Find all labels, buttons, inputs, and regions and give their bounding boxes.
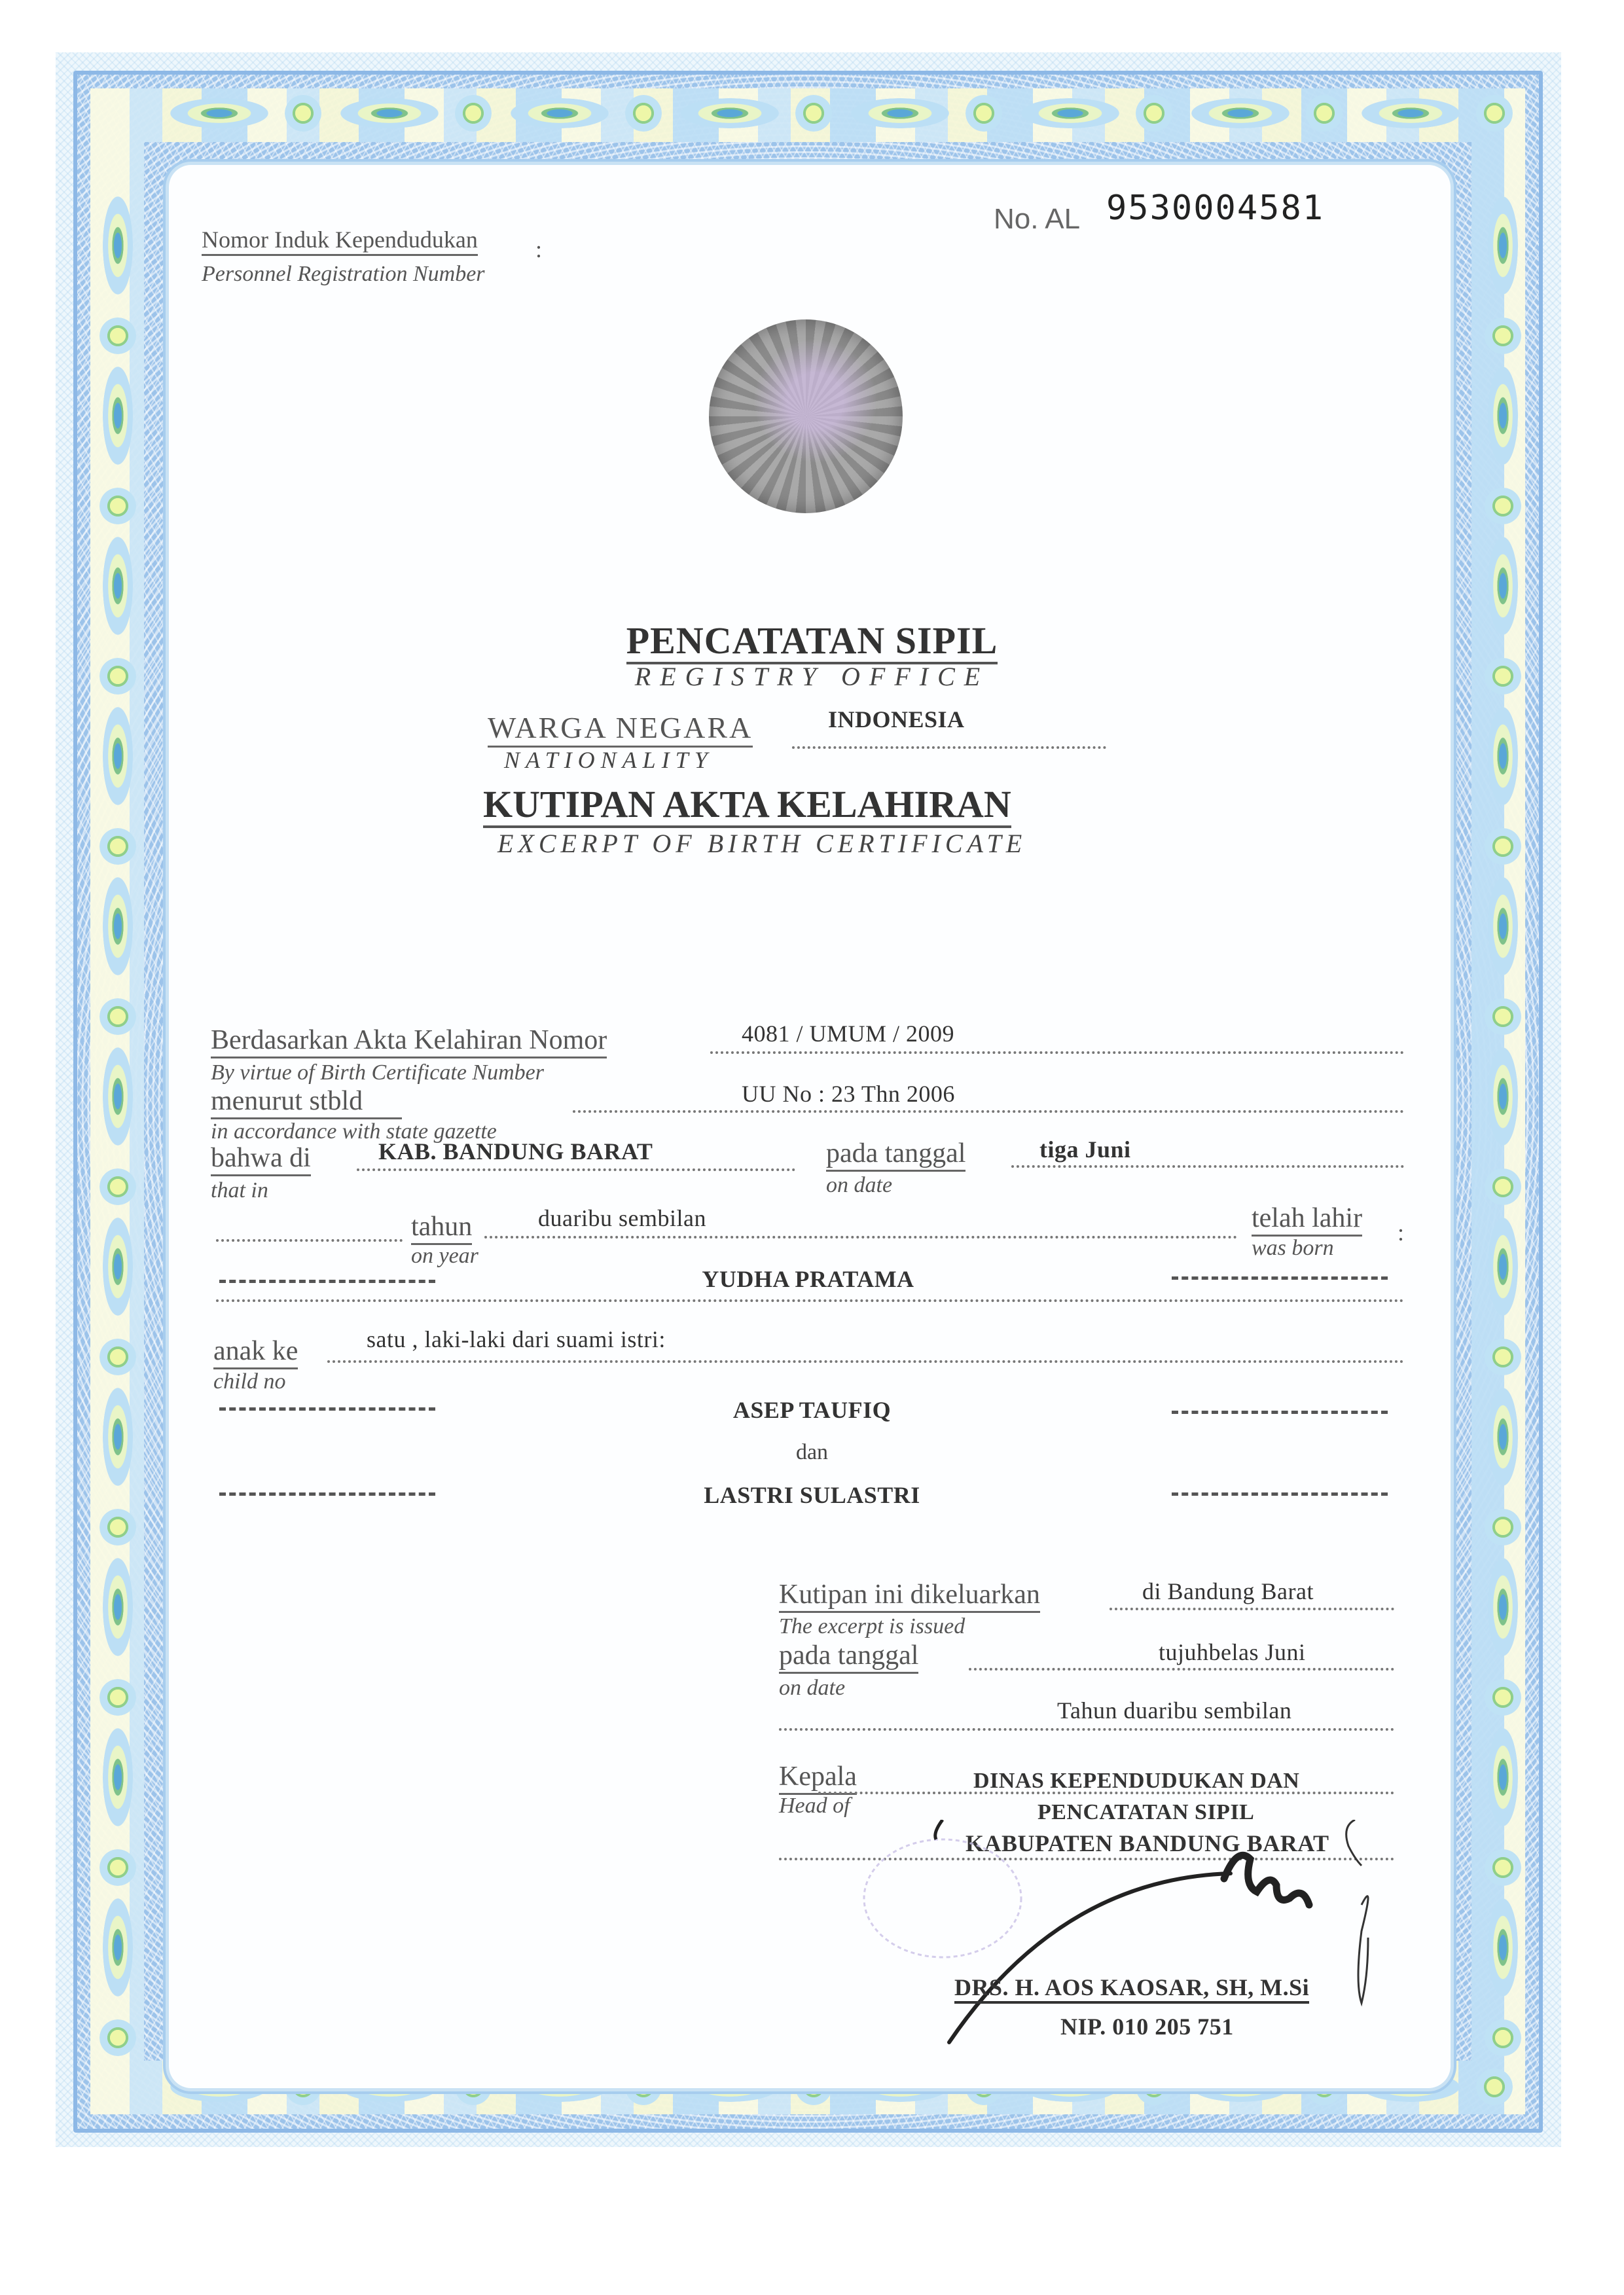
place-dotline: [357, 1168, 795, 1171]
child-no-value: satu , laki-laki dari suami istri:: [367, 1326, 666, 1353]
birth-year-label: tahun: [411, 1211, 472, 1242]
document-title-text: KUTIPAN AKTA KELAHIRAN: [483, 783, 1011, 828]
ornament-dot-icon: [1476, 95, 1513, 132]
ornament-dot-icon: [99, 2019, 136, 2056]
issued-date-sublabel: on date: [779, 1676, 845, 1701]
conjunction: dan: [0, 1440, 1624, 1465]
head-label-text: Kepala: [779, 1762, 857, 1795]
ornament-dot-icon: [1136, 95, 1172, 132]
ornament-eye-icon: [1488, 1047, 1518, 1146]
ornament-dot-icon: [99, 488, 136, 524]
stbld-label: menurut stbld: [211, 1085, 402, 1117]
document-subtitle: EXCERPT OF BIRTH CERTIFICATE: [497, 828, 1026, 859]
born-colon: :: [1398, 1219, 1404, 1246]
nationality-label: WARGA NEGARA: [488, 710, 753, 745]
ornament-dot-icon: [1485, 1168, 1521, 1205]
nik-colon: :: [535, 236, 542, 263]
ornament-eye-icon: [1488, 707, 1518, 805]
office-title: PENCATATAN SIPIL: [0, 619, 1624, 662]
ornament-eye-icon: [103, 1728, 133, 1826]
ornament-dot-icon: [99, 828, 136, 865]
nationality-sublabel: NATIONALITY: [504, 746, 713, 774]
office-title-text: PENCATATAN SIPIL: [626, 619, 998, 664]
issued-date-value: tujuhbelas Juni: [1159, 1638, 1305, 1666]
child-no-label-text: anak ke: [213, 1336, 298, 1369]
child-name-dotline: [216, 1299, 1404, 1302]
nik-sublabel: Personnel Registration Number: [202, 262, 485, 287]
ornament-dot-icon: [285, 95, 321, 132]
ornament-eye-icon: [103, 367, 133, 465]
head-sublabel: Head of: [779, 1794, 850, 1818]
stbld-label-text: menurut stbld: [211, 1086, 402, 1119]
official-name: DRS. H. AOS KAOSAR, SH, M.Si: [954, 1974, 1309, 2004]
certificate-no-label-text: Berdasarkan Akta Kelahiran Nomor: [211, 1025, 607, 1058]
ornament-eye-icon: [681, 98, 779, 128]
birth-date-dotline: [1011, 1165, 1404, 1168]
nationality-label-text: WARGA NEGARA: [488, 711, 753, 748]
certificate-no-sublabel: By virtue of Birth Certificate Number: [211, 1060, 544, 1085]
issued-date-dotline: [969, 1668, 1394, 1671]
issued-date-label: pada tanggal: [779, 1640, 918, 1671]
ornament-eye-icon: [1021, 98, 1119, 128]
issued-year-value: Tahun duaribu sembilan: [1057, 1697, 1291, 1724]
ornament-dot-icon: [1485, 828, 1521, 865]
ornament-dot-icon: [1485, 2019, 1521, 2056]
stbld-dotline: [573, 1110, 1404, 1113]
issued-sublabel: The excerpt is issued: [779, 1614, 965, 1639]
ornament-dot-icon: [99, 998, 136, 1035]
ornament-eye-icon: [1488, 196, 1518, 295]
father-dash-right: [1172, 1411, 1388, 1414]
ornament-eye-icon: [1362, 98, 1460, 128]
year-leading-dotline: [216, 1239, 403, 1242]
office-subtitle: REGISTRY OFFICE: [0, 661, 1624, 692]
ornament-dot-icon: [1485, 998, 1521, 1035]
birth-date-sublabel: on date: [826, 1173, 892, 1198]
ornament-dot-icon: [1485, 317, 1521, 354]
certificate-no-label: Berdasarkan Akta Kelahiran Nomor: [211, 1024, 607, 1056]
ornament-eye-icon: [1488, 367, 1518, 465]
ornament-eye-icon: [851, 98, 949, 128]
ornament-eye-icon: [103, 1558, 133, 1656]
ornament-eye-icon: [1488, 1898, 1518, 1997]
ornament-dot-icon: [99, 1509, 136, 1545]
ornament-dot-icon: [99, 1168, 136, 1205]
stbld-value: UU No : 23 Thn 2006: [742, 1080, 955, 1108]
ornament-dot-icon: [625, 95, 662, 132]
birth-year-label-text: tahun: [411, 1212, 472, 1245]
birth-date-value: tiga Juni: [1039, 1136, 1131, 1163]
head-label: Kepala: [779, 1761, 857, 1792]
certificate-no-value: 4081 / UMUM / 2009: [742, 1020, 954, 1047]
birth-year-dotline: [484, 1236, 1237, 1238]
ornament-dot-icon: [1485, 1509, 1521, 1545]
child-no-sublabel: child no: [213, 1369, 285, 1394]
child-no-label: anak ke: [213, 1335, 298, 1367]
ornament-dot-icon: [1306, 95, 1343, 132]
child-name-dash-right: [1172, 1276, 1388, 1280]
serial-number: 9530004581: [1106, 189, 1324, 228]
father-name: ASEP TAUFIQ: [0, 1396, 1624, 1424]
ornament-dot-icon: [1476, 2069, 1513, 2105]
issued-year-dotline: [779, 1728, 1394, 1731]
mother-dash-right: [1172, 1492, 1388, 1496]
ornament-eye-icon: [1488, 1558, 1518, 1656]
place-sublabel: that in: [211, 1178, 268, 1203]
ornament-dot-icon: [1485, 488, 1521, 524]
ornament-eye-icon: [511, 98, 609, 128]
ornament-dot-icon: [99, 1849, 136, 1886]
ornament-eye-icon: [1488, 1728, 1518, 1826]
ornament-dot-icon: [99, 317, 136, 354]
ornament-eye-icon: [103, 196, 133, 295]
place-label: bahwa di: [211, 1142, 311, 1174]
ornament-eye-icon: [170, 98, 268, 128]
issued-place-value: di Bandung Barat: [1142, 1578, 1314, 1605]
born-label: telah lahir: [1252, 1202, 1362, 1234]
ornament-dot-icon: [99, 1339, 136, 1375]
nationality-dotline: [792, 746, 1106, 749]
ornament-dot-icon: [965, 95, 1002, 132]
nationality-value: INDONESIA: [828, 706, 965, 733]
place-label-text: bahwa di: [211, 1143, 311, 1176]
issued-date-label-text: pada tanggal: [779, 1640, 918, 1674]
ornament-eye-icon: [1488, 877, 1518, 975]
birth-year-value: duaribu sembilan: [538, 1204, 706, 1232]
ornament-eye-icon: [103, 1047, 133, 1146]
born-label-text: telah lahir: [1252, 1203, 1362, 1237]
ornament-dot-icon: [1485, 1339, 1521, 1375]
serial-prefix: No. AL: [994, 203, 1080, 236]
ornament-eye-icon: [340, 98, 439, 128]
certificate-no-dotline: [710, 1051, 1404, 1054]
ornament-eye-icon: [103, 1898, 133, 1997]
ornament-dot-icon: [1485, 1679, 1521, 1716]
child-no-dotline: [327, 1360, 1404, 1363]
ornament-dot-icon: [795, 95, 832, 132]
ornament-dot-icon: [99, 1679, 136, 1716]
issued-label: Kutipan ini dikeluarkan: [779, 1579, 1040, 1610]
office-line-1: DINAS KEPENDUDUKAN DAN: [973, 1769, 1299, 1794]
official-nip: NIP. 010 205 751: [1060, 2013, 1234, 2040]
born-sublabel: was born: [1252, 1236, 1334, 1261]
birth-date-label-text: pada tanggal: [826, 1138, 965, 1172]
nik-label: Nomor Induk Kependudukan: [202, 226, 478, 253]
ornament-dot-icon: [1485, 1849, 1521, 1886]
issued-place-dotline: [1110, 1608, 1394, 1610]
office-dotline-1: [818, 1792, 1394, 1794]
ornament-eye-icon: [103, 707, 133, 805]
nik-label-text: Nomor Induk Kependudukan: [202, 226, 478, 256]
ornament-dot-icon: [455, 95, 492, 132]
place-value: KAB. BANDUNG BARAT: [378, 1138, 653, 1165]
ornament-eye-icon: [103, 877, 133, 975]
issued-label-text: Kutipan ini dikeluarkan: [779, 1580, 1040, 1613]
document-title: KUTIPAN AKTA KELAHIRAN: [483, 782, 1011, 826]
ornament-eye-icon: [1191, 98, 1290, 128]
birth-date-label: pada tanggal: [826, 1138, 965, 1169]
hologram-seal-icon: [709, 319, 903, 513]
